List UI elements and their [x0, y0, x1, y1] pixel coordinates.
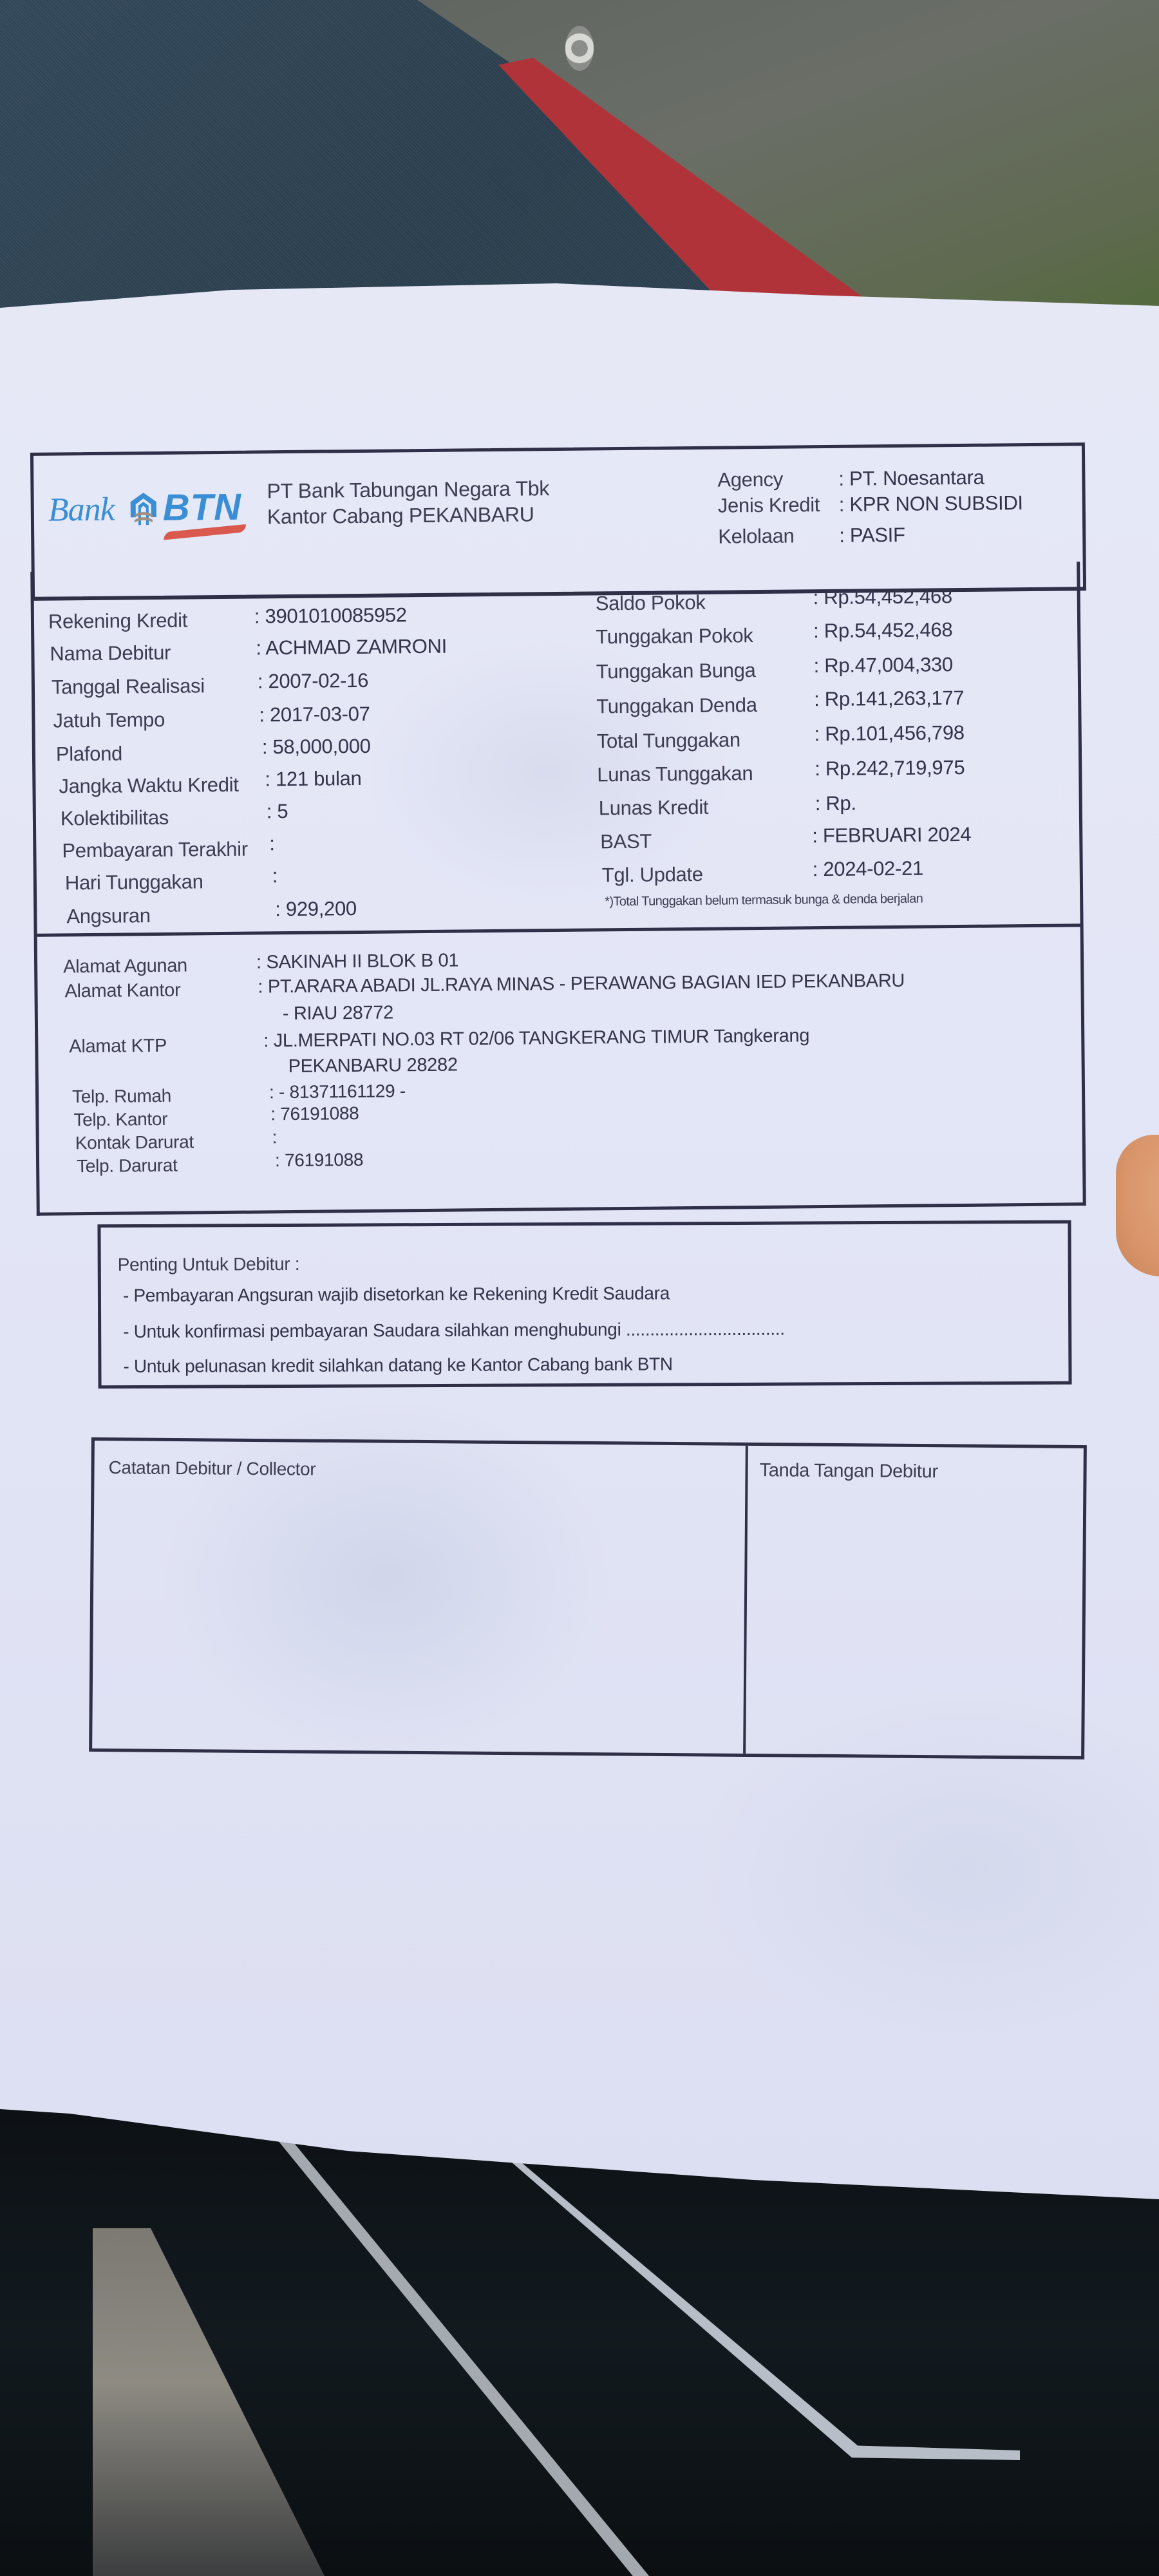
- account-number: : 3901010085952: [254, 603, 407, 628]
- bank-btn-logo: Bank BTN: [48, 482, 261, 542]
- emergency-contact: :: [272, 1127, 278, 1148]
- info-label: Lunas Kredit: [599, 796, 709, 820]
- section-divider: [37, 923, 1080, 937]
- management-label: Kelolaan: [718, 524, 795, 548]
- signature-label: Tanda Tangan Debitur: [759, 1460, 938, 1482]
- agency-value: : PT. Noesantara: [838, 466, 984, 491]
- logo-bank-word: Bank: [48, 491, 115, 529]
- due-date: : 2017-03-07: [259, 703, 370, 727]
- debtor-info-box: Rekening Kredit : 3901010085952 Nama Deb…: [30, 562, 1086, 1216]
- arrears-settlement: : Rp.242,719,975: [815, 756, 965, 781]
- info-label: Alamat Agunan: [63, 956, 187, 978]
- principal-balance: : Rp.54,452,468: [813, 585, 952, 609]
- collectibility: : 5: [267, 800, 288, 823]
- info-label: Kolektibilitas: [61, 806, 169, 831]
- info-label: Hari Tunggakan: [65, 870, 203, 895]
- info-label: Telp. Rumah: [72, 1086, 171, 1107]
- signature-box: Catatan Debitur / Collector Tanda Tangan…: [89, 1437, 1087, 1759]
- last-payment: :: [269, 832, 275, 855]
- credit-type-label: Jenis Kredit: [718, 493, 820, 518]
- credit-term: : 121 bulan: [265, 767, 361, 791]
- info-label: Nama Debitur: [50, 641, 171, 666]
- penalty-arrears: : Rp.141,263,177: [814, 687, 964, 711]
- info-label: Tgl. Update: [602, 863, 703, 887]
- info-label: Jatuh Tempo: [53, 708, 165, 733]
- house-icon: [129, 491, 158, 526]
- debtor-name: : ACHMAD ZAMRONI: [256, 635, 447, 660]
- agency-label: Agency: [717, 468, 783, 492]
- debtor-notice-box: Penting Untuk Debitur : - Pembayaran Ang…: [97, 1220, 1071, 1389]
- branch-name: Kantor Cabang PEKANBARU: [267, 502, 534, 529]
- management-value: : PASIF: [839, 524, 905, 547]
- principal-arrears: : Rp.54,452,468: [813, 618, 952, 643]
- info-label: Rekening Kredit: [48, 609, 187, 634]
- credit-type-value: : KPR NON SUBSIDI: [839, 491, 1023, 516]
- info-label: Jangka Waktu Kredit: [59, 773, 239, 799]
- background-bolt: [565, 26, 594, 71]
- info-label: Plafond: [56, 742, 122, 766]
- total-arrears: : Rp.101,456,798: [815, 721, 965, 746]
- info-label: Total Tunggakan: [597, 728, 740, 753]
- info-label: Saldo Pokok: [596, 591, 706, 616]
- notice-item: - Untuk pelunasan kredit silahkan datang…: [123, 1354, 673, 1377]
- arrears-footnote: *)Total Tunggakan belum termasuk bunga &…: [605, 892, 923, 910]
- bast-value: : FEBRUARI 2024: [812, 823, 971, 848]
- info-label: BAST: [600, 830, 652, 854]
- info-label: Telp. Darurat: [77, 1155, 178, 1177]
- realization-date: : 2007-02-16: [258, 669, 369, 694]
- finger: [1116, 1135, 1159, 1276]
- info-label: Tunggakan Denda: [596, 694, 757, 718]
- office-address-line2: - RIAU 28772: [283, 1002, 393, 1025]
- update-date: : 2024-02-21: [813, 857, 924, 882]
- info-label: Lunas Tunggakan: [597, 762, 753, 786]
- office-phone: : 76191088: [270, 1103, 359, 1124]
- notes-field[interactable]: Catatan Debitur / Collector: [92, 1441, 746, 1754]
- info-label: Alamat Kantor: [64, 980, 180, 1003]
- info-label: Pembayaran Terakhir: [62, 838, 248, 863]
- info-label: Tunggakan Bunga: [596, 659, 756, 683]
- info-label: Alamat KTP: [69, 1036, 167, 1057]
- installment: : 929,200: [275, 897, 357, 921]
- office-address: : PT.ARARA ABADI JL.RAYA MINAS - PERAWAN…: [258, 971, 905, 998]
- collateral-address: : SAKINAH II BLOK B 01: [256, 950, 458, 973]
- ktp-address-line2: PEKANBARU 28282: [288, 1055, 457, 1078]
- company-name: PT Bank Tabungan Negara Tbk: [267, 477, 549, 503]
- info-label: Telp. Kantor: [73, 1109, 167, 1130]
- signature-field[interactable]: Tanda Tangan Debitur: [746, 1446, 1084, 1756]
- notice-item: - Pembayaran Angsuran wajib disetorkan k…: [123, 1283, 670, 1306]
- home-phone: : - 81371161129 -: [269, 1081, 406, 1103]
- ktp-address: : JL.MERPATI NO.03 RT 02/06 TANGKERANG T…: [263, 1025, 809, 1052]
- info-label: Kontak Darurat: [75, 1132, 194, 1153]
- notice-item: - Untuk konfirmasi pembayaran Saudara si…: [123, 1319, 785, 1342]
- notes-label: Catatan Debitur / Collector: [108, 1457, 316, 1480]
- interest-arrears: : Rp.47,004,330: [814, 653, 953, 677]
- credit-settlement: : Rp.: [815, 792, 856, 816]
- info-label: Tunggakan Pokok: [596, 624, 753, 649]
- emergency-phone: : 76191088: [275, 1150, 363, 1171]
- notice-title: Penting Untuk Debitur :: [118, 1254, 300, 1275]
- credit-limit: : 58,000,000: [262, 735, 371, 759]
- info-label: Angsuran: [66, 904, 151, 928]
- overdue-days: :: [272, 864, 278, 887]
- logo-btn-word: BTN: [162, 486, 241, 529]
- info-label: Tanggal Realisasi: [52, 674, 205, 699]
